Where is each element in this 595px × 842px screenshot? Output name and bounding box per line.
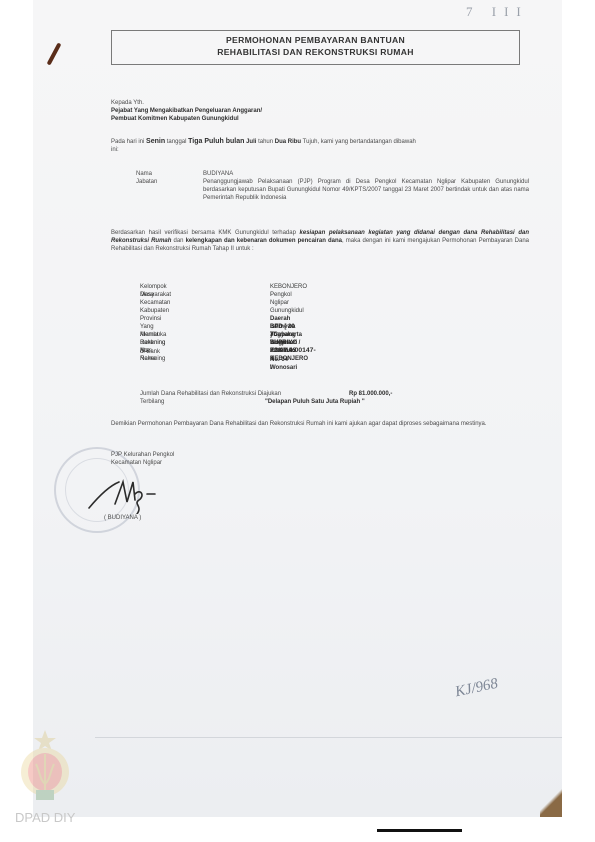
addressee-line-2: Pembuat Komitmen Kabupaten Gunungkidul: [111, 115, 239, 123]
addressee-line-1: Pejabat Yang Mengakibatkan Pengeluaran A…: [111, 107, 262, 115]
page-corner-shadow: [540, 787, 562, 817]
watermark-text: DPAD DIY: [15, 810, 75, 825]
signature-title-line-2: Kecamatan Nglipar: [111, 459, 162, 467]
amount-value: Rp 81.000.000,-: [349, 390, 392, 398]
document-title-box: PERMOHONAN PEMBAYARAN BANTUAN REHABILITA…: [111, 30, 520, 65]
page-number-mark: 7 III: [466, 4, 529, 20]
amount-words-value: "Delapan Puluh Satu Juta Rupiah ": [265, 398, 365, 406]
viewer-bar: [377, 829, 462, 832]
amount-label: Jumlah Dana Rehabilitasi dan Rekonstruks…: [140, 390, 281, 398]
dpad-diy-emblem-icon: [14, 728, 76, 804]
addressee-salutation: Kepada Yth.: [111, 99, 144, 107]
name-value: BUDIYANA: [203, 170, 233, 178]
title-line-1: PERMOHONAN PEMBAYARAN BANTUAN: [112, 34, 519, 46]
opening-paragraph-end: ini:: [111, 146, 119, 154]
handwritten-signature: [85, 474, 165, 514]
opening-paragraph: Pada hari ini Senin tanggal Tiga Puluh b…: [111, 138, 531, 146]
signature-title-line-1: PJP Kelurahan Pengkol: [111, 451, 174, 459]
verification-paragraph: Berdasarkan hasil verifikasi bersama KMK…: [111, 229, 529, 254]
name-label: Nama: [136, 170, 152, 178]
signer-name: ( BUDIYANA ): [104, 514, 141, 522]
page-fold-line: [95, 737, 562, 738]
position-label: Jabatan: [136, 178, 157, 186]
amount-words-label: Terbilang: [140, 398, 164, 406]
closing-paragraph: Demikian Permohonan Pembayaran Dana Reha…: [111, 420, 531, 428]
position-value: Penanggungjawab Pelaksanaan (PJP) Progra…: [203, 178, 529, 203]
title-line-2: REHABILITASI DAN REKONSTRUKSI RUMAH: [112, 46, 519, 58]
details-list: Kelompok MasyarakatKEBONJERO I DesaPengk…: [140, 283, 520, 363]
